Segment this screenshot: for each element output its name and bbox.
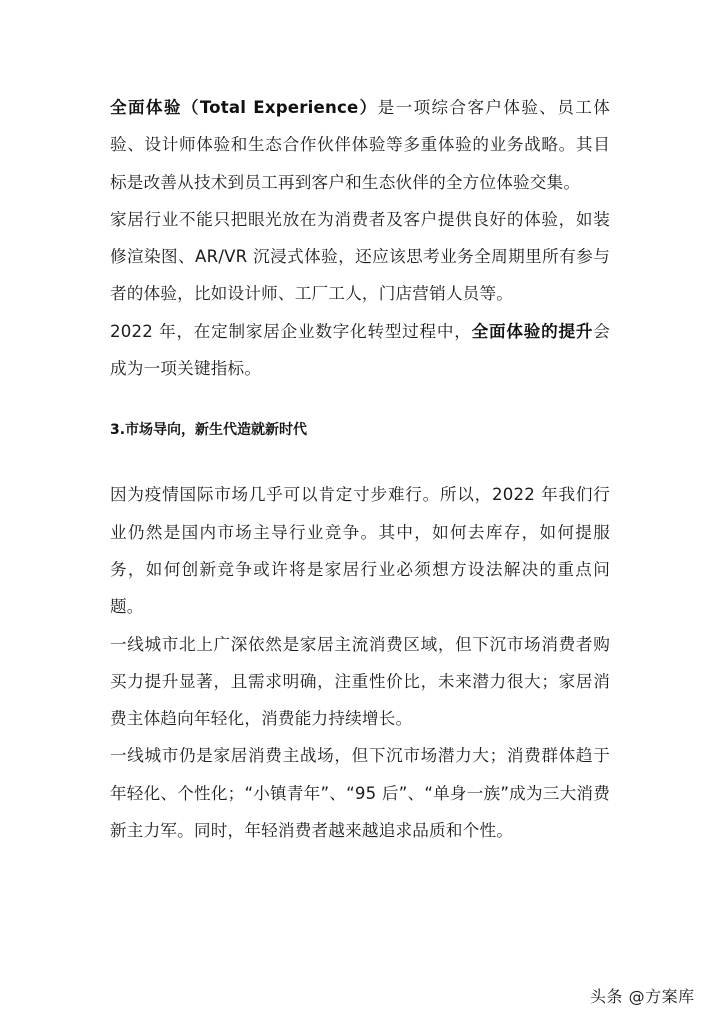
section-heading-market-oriented: 3.市场导向，新生代造就新时代	[110, 420, 610, 440]
document-page: 全面体验（Total Experience）是一项综合客户体验、员工体验、设计师…	[110, 89, 610, 849]
bold-term-total-experience: 全面体验（Total Experience）	[110, 98, 378, 117]
paragraph-2022-key-metric: 2022 年，在定制家居企业数字化转型过程中，全面体验的提升会成为一项关键指标。	[110, 313, 610, 388]
paragraph-young-consumers: 一线城市仍是家居消费主战场，但下沉市场潜力大；消费群体趋于年轻化、个性化；“小镇…	[110, 737, 610, 849]
watermark-label: 头条 @方案库	[590, 984, 695, 1007]
paragraph-tier-one-cities: 一线城市北上广深依然是家居主流消费区域，但下沉市场消费者购买力提升显著，且需求明…	[110, 626, 610, 738]
paragraph-total-experience: 全面体验（Total Experience）是一项综合客户体验、员工体验、设计师…	[110, 89, 610, 201]
paragraph-home-industry-experience: 家居行业不能只把眼光放在为消费者及客户提供良好的体验，如装修渲染图、AR/VR …	[110, 201, 610, 313]
bold-phrase-experience-improvement: 全面体验的提升	[472, 322, 594, 341]
paragraph-text-before: 2022 年，在定制家居企业数字化转型过程中，	[110, 322, 472, 341]
paragraph-domestic-competition: 因为疫情国际市场几乎可以肯定寸步难行。所以，2022 年我们行业仍然是国内市场主…	[110, 476, 610, 625]
